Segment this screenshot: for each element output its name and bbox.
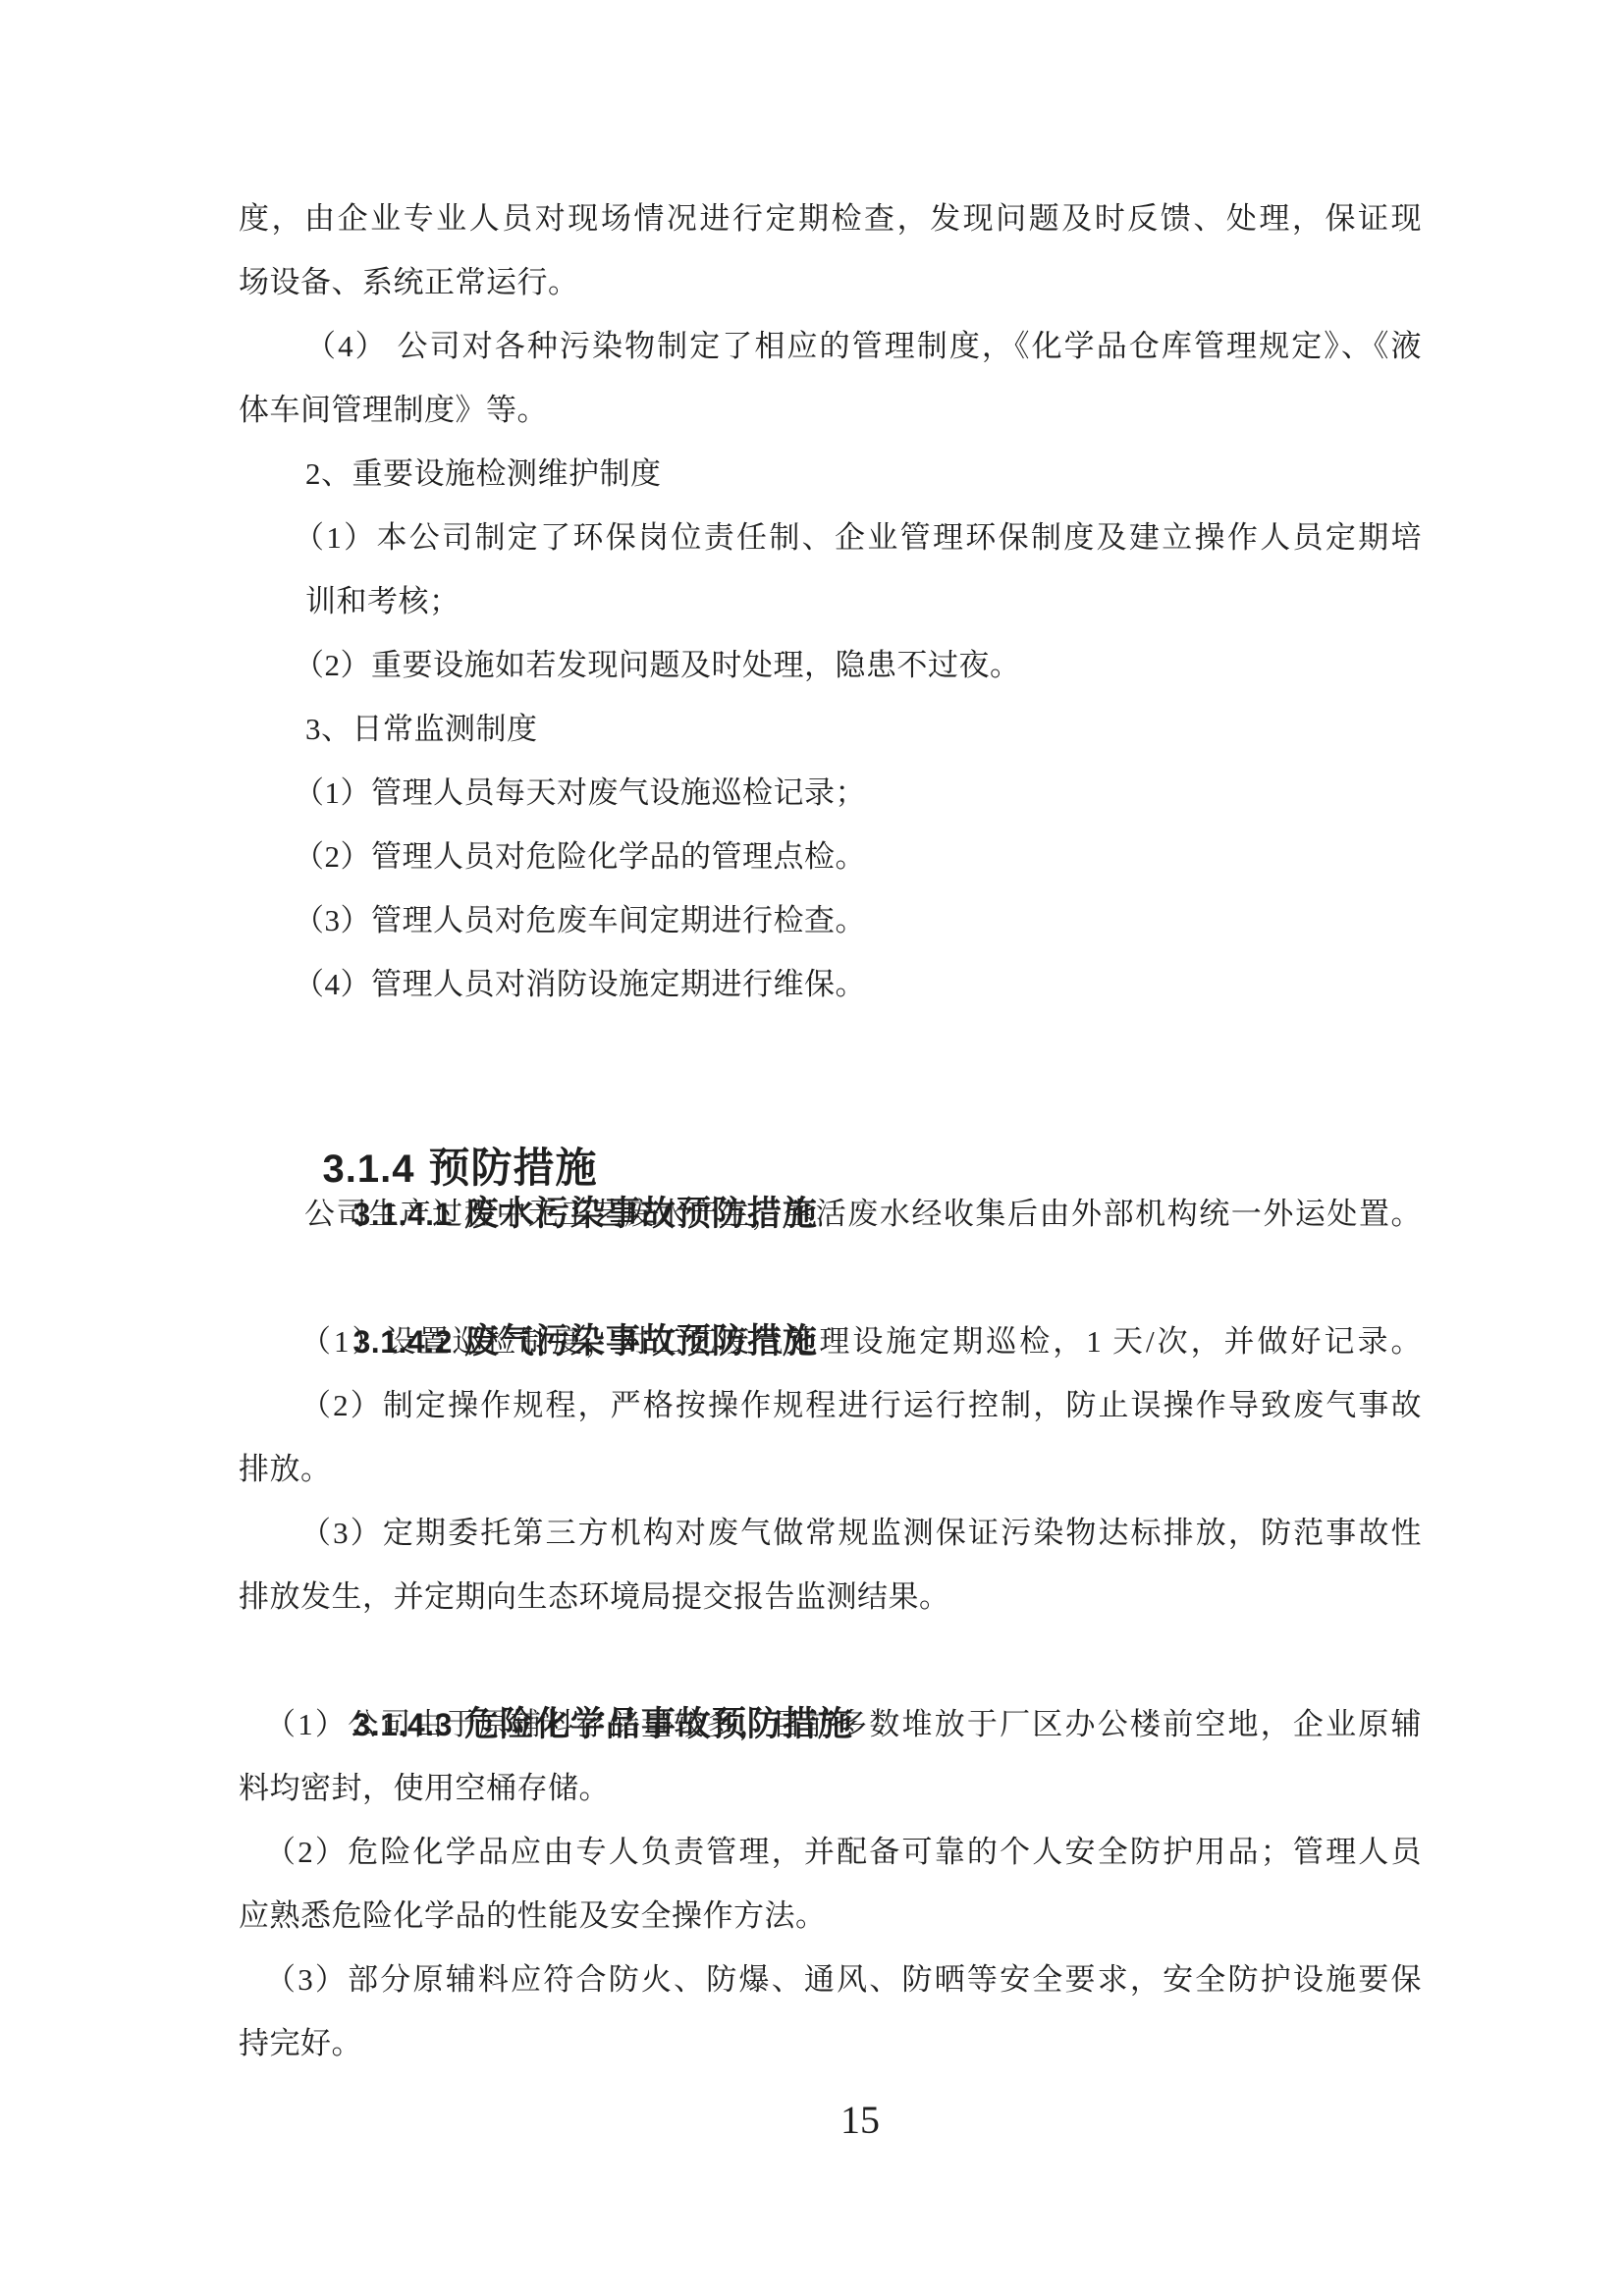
text-line: 公司生产过程中无工艺废水产生，生活废水经收集后由外部机构统一外运处置。 (239, 1182, 1422, 1246)
list-item-line: （3）定期委托第三方机构对废气做常规监测保证污染物达标排放，防范事故性 (239, 1501, 1422, 1565)
list-item-line: （2）危险化学品应由专人负责管理，并配备可靠的个人安全防护用品；管理人员 (239, 1820, 1422, 1884)
list-heading-line: 2、重要设施检测维护制度 (239, 442, 1422, 506)
list-item-line: （3）管理人员对危废车间定期进行检查。 (239, 888, 1422, 952)
list-item-line: （1）管理人员每天对废气设施巡检记录； (239, 761, 1422, 825)
list-item-line: （1）设置巡检制度，对工艺废气处理设施定期巡检，1 天/次，并做好记录。 (239, 1309, 1422, 1373)
page-number: 15 (840, 2097, 880, 2144)
list-item-line: （4） 公司对各种污染物制定了相应的管理制度，《化学品仓库管理规定》、《液 (239, 314, 1422, 378)
text-line: 应熟悉危险化学品的性能及安全操作方法。 (239, 1884, 1422, 1948)
text-line: 度，由企业专业人员对现场情况进行定期检查，发现问题及时反馈、处理，保证现 (239, 187, 1422, 250)
subsection-heading: 3.1.4.3危险化学品事故预防措施 (239, 1629, 1422, 1692)
document-body: 度，由企业专业人员对现场情况进行定期检查，发现问题及时反馈、处理，保证现 场设备… (239, 187, 1422, 2075)
text-line: 持完好。 (239, 2011, 1422, 2075)
list-item-line: （4）管理人员对消防设施定期进行维保。 (239, 952, 1422, 1016)
list-item-line: （1）本公司制定了环保岗位责任制、企业管理环保制度及建立操作人员定期培 (239, 506, 1422, 569)
list-item-line: （2）制定操作规程，严格按操作规程进行运行控制，防止误操作导致废气事故 (239, 1373, 1422, 1437)
text-line: 体车间管理制度》等。 (239, 378, 1422, 442)
document-page: 度，由企业专业人员对现场情况进行定期检查，发现问题及时反馈、处理，保证现 场设备… (0, 0, 1624, 2296)
text-line: 排放。 (239, 1437, 1422, 1501)
text-line: 料均密封，使用空桶存储。 (239, 1756, 1422, 1820)
subsection-heading: 3.1.4.2废气污染事故预防措施 (239, 1246, 1422, 1309)
list-heading-line: 3、日常监测制度 (239, 697, 1422, 761)
list-item-line: （2）管理人员对危险化学品的管理点检。 (239, 825, 1422, 888)
list-item-line: （1）公司由于原辅料存储量较多，目前多数堆放于厂区办公楼前空地，企业原辅 (239, 1692, 1422, 1756)
list-item-line: （3）部分原辅料应符合防火、防爆、通风、防晒等安全要求，安全防护设施要保 (239, 1948, 1422, 2011)
text-line: 排放发生，并定期向生态环境局提交报告监测结果。 (239, 1565, 1422, 1629)
list-item-line: （2）重要设施如若发现问题及时处理，隐患不过夜。 (239, 633, 1422, 697)
text-line: 场设备、系统正常运行。 (239, 250, 1422, 314)
text-line: 训和考核； (239, 569, 1422, 633)
section-heading: 3.1.4预防措施 (239, 1016, 1422, 1118)
